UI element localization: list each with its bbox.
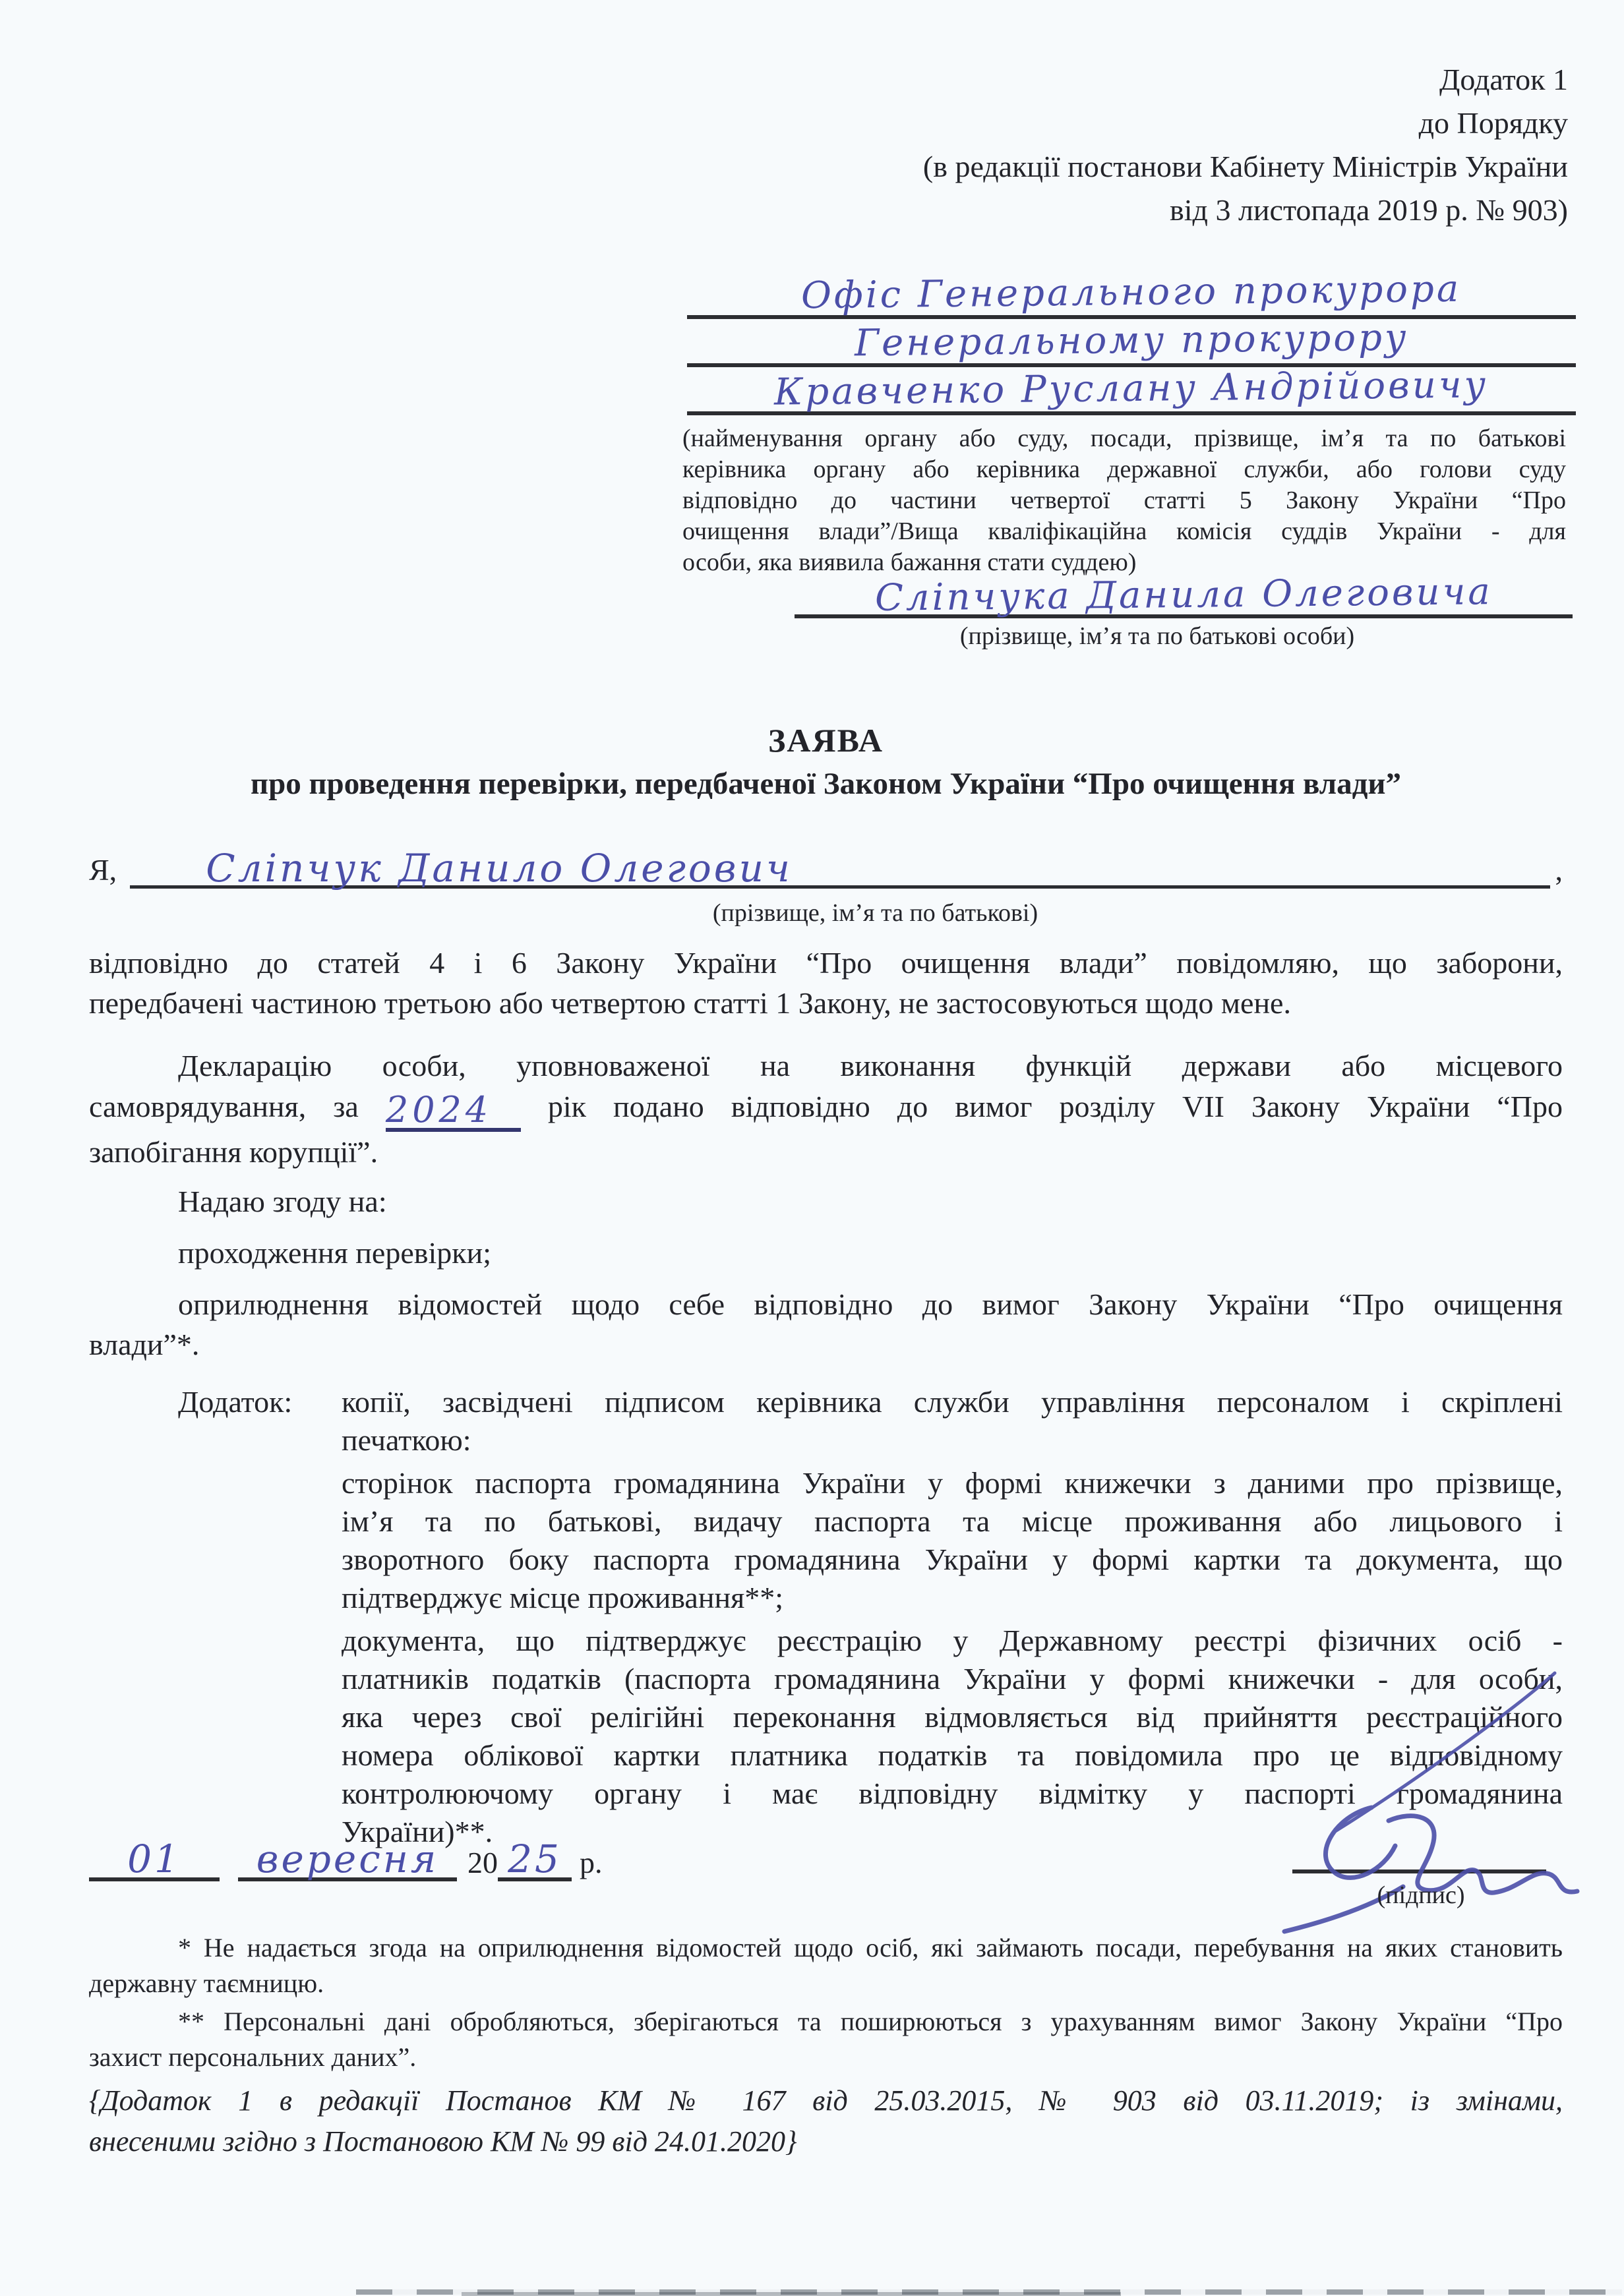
date-year-prefix: 20: [467, 1845, 498, 1881]
declarant-row: Я, Сліпчук Данило Олегович ,: [89, 837, 1563, 889]
declaration-line-2-before: самоврядування, за: [89, 1090, 359, 1123]
handwritten-declarant-name: Сліпчук Данило Олегович: [206, 846, 793, 891]
date-row: 01 вересня 20 25 р.: [89, 1826, 603, 1881]
document-subtitle: про проведення перевірки, передбаченої З…: [89, 766, 1563, 802]
addressee-line-3: Кравченко Руслану Андрійовичу: [687, 359, 1576, 415]
consent-intro: Надаю згоду на:: [89, 1181, 1563, 1222]
annex-header-line: до Порядку: [923, 102, 1568, 145]
handwritten-applicant-name-genitive: Сліпчука Данила Олеговича: [874, 573, 1492, 618]
handwritten-date-month: вересня: [238, 1838, 457, 1880]
date-year-line: 25: [498, 1822, 572, 1881]
handwritten-declaration-year: 2024: [386, 1092, 521, 1132]
declaration-line-3: запобігання корупції”.: [89, 1132, 1563, 1173]
applicant-name-caption: (прізвище, ім’я та по батькові особи): [795, 621, 1520, 652]
paragraph-declaration: Декларацію особи, уповноваженої на викон…: [89, 1045, 1563, 1173]
footnote-personal-data: ** Персональні дані обробляються, зберіг…: [89, 2004, 1563, 2075]
addressee-caption: (найменування органу або суду, посади, п…: [682, 423, 1566, 578]
scanned-document-page: Додаток 1 до Порядку (в редакції постано…: [0, 0, 1624, 2296]
attachment-item-2: сторінок паспорта громадянина України у …: [342, 1464, 1563, 1617]
handwritten-date-year: 25: [498, 1838, 572, 1880]
document-title: ЗАЯВА: [89, 721, 1563, 759]
handwritten-addressee-name: Кравченко Руслану Андрійовичу: [774, 365, 1489, 412]
handwritten-date-day: 01: [89, 1838, 220, 1880]
date-month-line: вересня: [238, 1822, 457, 1881]
paragraph-lustration-statement: відповідно до статей 4 і 6 Закону Україн…: [89, 943, 1563, 1023]
consent-item-publication: оприлюднення відомостей щодо себе відпов…: [89, 1284, 1563, 1365]
attachment-item-1: копії, засвідчені підписом керівника слу…: [342, 1383, 1563, 1459]
applicant-name-genitive-line: Сліпчука Данила Олеговича: [795, 564, 1573, 618]
declarant-name-line: Сліпчук Данило Олегович: [130, 834, 1549, 889]
handwritten-addressee-title: Генеральному прокурору: [855, 318, 1409, 364]
annex-header-line: Додаток 1: [923, 58, 1568, 102]
signature-caption: (підпис): [1315, 1880, 1526, 1911]
declarant-comma: ,: [1555, 852, 1563, 889]
declaration-line-1: Декларацію особи, уповноваженої на викон…: [89, 1045, 1563, 1086]
revision-note: {Додаток 1 в редакції Постанов КМ № 167 …: [89, 2080, 1563, 2162]
date-year-suffix: р.: [580, 1845, 603, 1881]
annex-header: Додаток 1 до Порядку (в редакції постано…: [923, 58, 1568, 232]
handwritten-office-name: Офіс Генерального прокурора: [801, 270, 1462, 316]
declarant-prefix: Я,: [89, 852, 117, 889]
annex-header-line: від 3 листопада 2019 р. № 903): [923, 189, 1568, 232]
declaration-line-2-after: рік подано відповідно до вимог розділу V…: [548, 1090, 1563, 1123]
footnote-state-secret: * Не надається згода на оприлюднення від…: [89, 1930, 1563, 2001]
date-day-line: 01: [89, 1822, 220, 1881]
consent-item-check: проходження перевірки;: [89, 1233, 1563, 1273]
declaration-line-2: самоврядування, за 2024 рік подано відпо…: [89, 1086, 1563, 1132]
declarant-name-caption: (прізвище, ім’я та по батькові): [227, 898, 1523, 929]
annex-header-line: (в редакції постанови Кабінету Міністрів…: [923, 145, 1568, 189]
attachment-label: Додаток:: [178, 1383, 342, 1856]
scan-artifact-smudge: [462, 2292, 1121, 2296]
